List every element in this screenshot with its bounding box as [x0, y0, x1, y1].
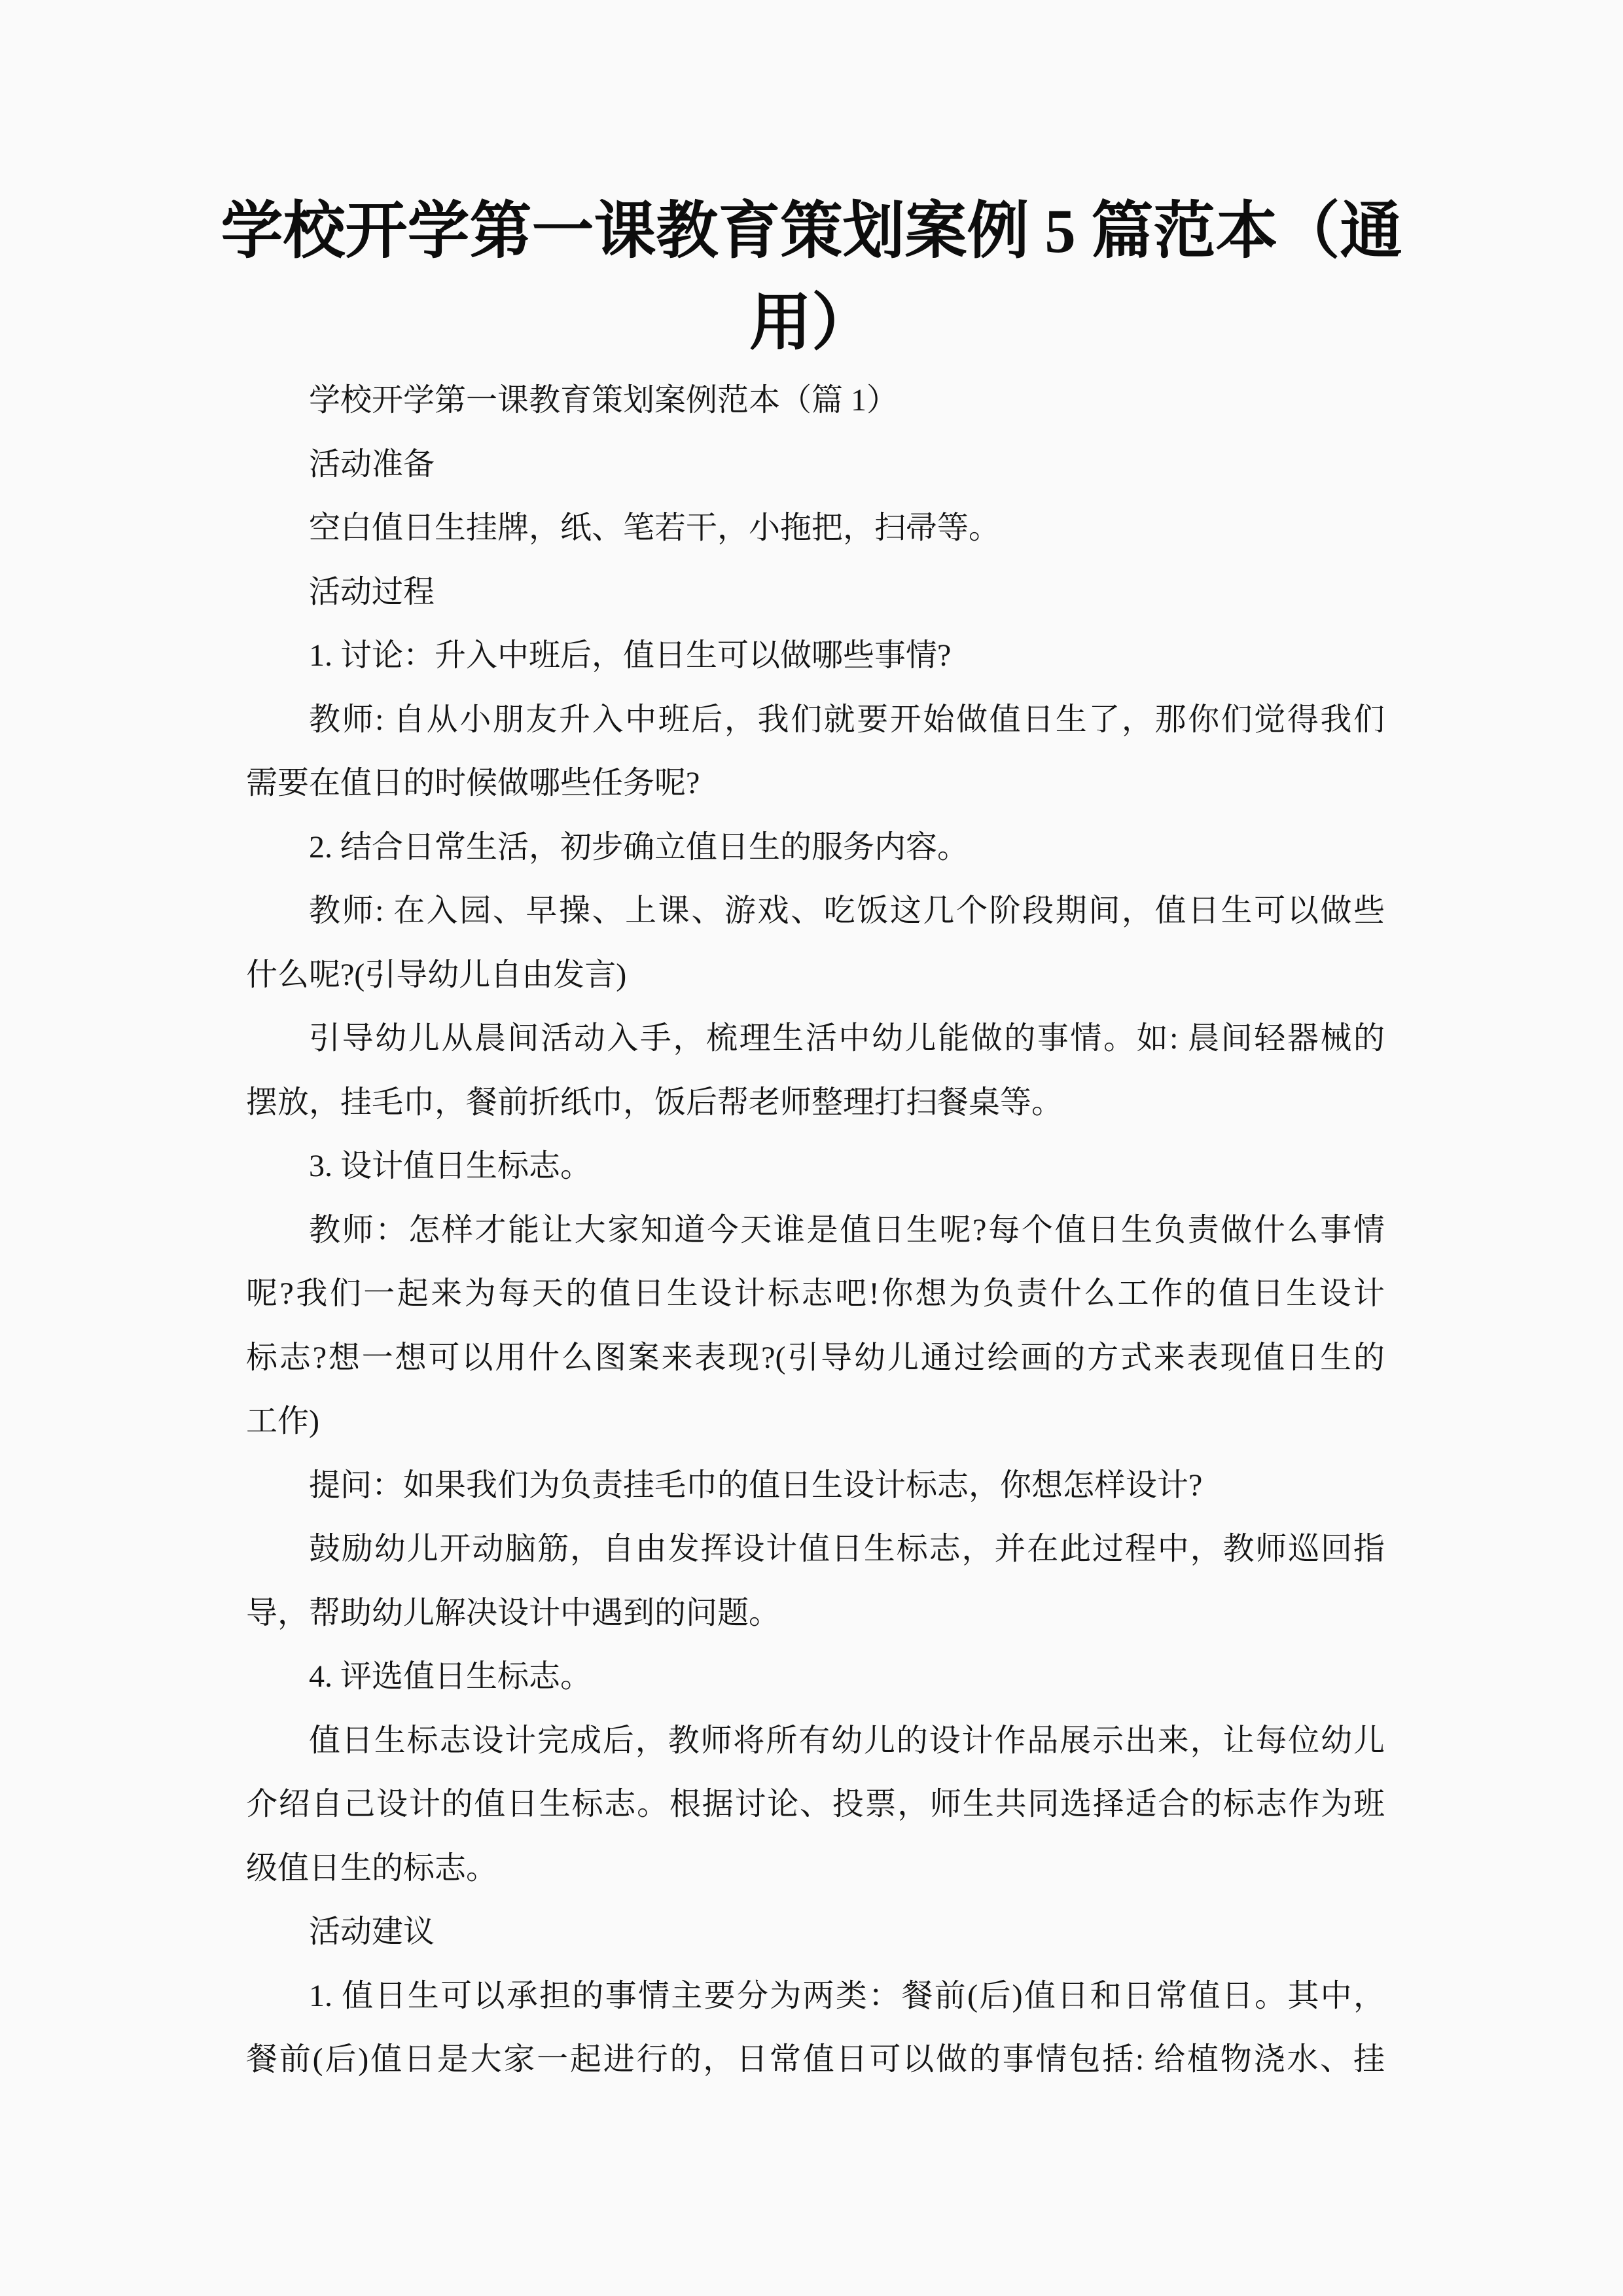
paragraph: 活动准备 [246, 433, 1385, 497]
paragraph-line: 餐前(后)值日是大家一起进行的，日常值日可以做的事情包括: 给植物浇水、挂 [246, 2028, 1385, 2092]
paragraph-line: 4. 评选值日生标志。 [246, 1645, 1385, 1709]
paragraph: 教师：怎样才能让大家知道今天谁是值日生呢?每个值日生负责做什么事情呢?我们一起来… [246, 1198, 1385, 1454]
paragraph-line: 1. 讨论：升入中班后，值日生可以做哪些事情? [246, 624, 1385, 688]
document-title: 学校开学第一课教育策划案例 5 篇范本（通用） [111, 185, 1512, 368]
paragraph-line: 标志?想一想可以用什么图案来表现?(引导幼儿通过绘画的方式来表现值日生的 [246, 1326, 1385, 1390]
paragraph-line: 学校开学第一课教育策划案例范本（篇 1） [246, 368, 1385, 433]
paragraph-line: 活动准备 [246, 433, 1385, 497]
title-line: 用） [111, 277, 1512, 368]
paragraph-line: 提问：如果我们为负责挂毛巾的值日生设计标志，你想怎样设计? [246, 1454, 1385, 1518]
paragraph-line: 1. 值日生可以承担的事情主要分为两类：餐前(后)值日和日常值日。其中， [246, 1964, 1385, 2028]
paragraph: 1. 值日生可以承担的事情主要分为两类：餐前(后)值日和日常值日。其中，餐前(后… [246, 1964, 1385, 2092]
paragraph-line: 3. 设计值日生标志。 [246, 1134, 1385, 1198]
title-line: 学校开学第一课教育策划案例 5 篇范本（通 [111, 185, 1512, 277]
paragraph-line: 工作) [246, 1390, 1385, 1454]
paragraph-line: 教师：怎样才能让大家知道今天谁是值日生呢?每个值日生负责做什么事情 [246, 1198, 1385, 1263]
paragraph: 2. 结合日常生活，初步确立值日生的服务内容。 [246, 816, 1385, 880]
paragraph-line: 空白值日生挂牌，纸、笔若干，小拖把，扫帚等。 [246, 496, 1385, 560]
paragraph: 学校开学第一课教育策划案例范本（篇 1） [246, 368, 1385, 433]
document-page: 学校开学第一课教育策划案例 5 篇范本（通用） 学校开学第一课教育策划案例范本（… [0, 0, 1623, 2296]
document-body: 学校开学第一课教育策划案例范本（篇 1）活动准备空白值日生挂牌，纸、笔若干，小拖… [246, 368, 1385, 2092]
paragraph: 提问：如果我们为负责挂毛巾的值日生设计标志，你想怎样设计? [246, 1454, 1385, 1518]
paragraph-line: 教师: 在入园、早操、上课、游戏、吃饭这几个阶段期间，值日生可以做些 [246, 879, 1385, 943]
paragraph-line: 活动建议 [246, 1900, 1385, 1964]
paragraph-line: 什么呢?(引导幼儿自由发言) [246, 943, 1385, 1007]
paragraph: 空白值日生挂牌，纸、笔若干，小拖把，扫帚等。 [246, 496, 1385, 560]
paragraph-line: 摆放，挂毛巾，餐前折纸巾，饭后帮老师整理打扫餐桌等。 [246, 1071, 1385, 1135]
paragraph-line: 导，帮助幼儿解决设计中遇到的问题。 [246, 1581, 1385, 1645]
paragraph-line: 级值日生的标志。 [246, 1837, 1385, 1901]
paragraph-line: 教师: 自从小朋友升入中班后，我们就要开始做值日生了，那你们觉得我们 [246, 688, 1385, 752]
paragraph: 教师: 自从小朋友升入中班后，我们就要开始做值日生了，那你们觉得我们需要在值日的… [246, 688, 1385, 816]
paragraph: 4. 评选值日生标志。 [246, 1645, 1385, 1709]
paragraph: 教师: 在入园、早操、上课、游戏、吃饭这几个阶段期间，值日生可以做些什么呢?(引… [246, 879, 1385, 1007]
paragraph: 鼓励幼儿开动脑筋，自由发挥设计值日生标志，并在此过程中，教师巡回指导，帮助幼儿解… [246, 1517, 1385, 1645]
paragraph: 值日生标志设计完成后，教师将所有幼儿的设计作品展示出来，让每位幼儿介绍自己设计的… [246, 1709, 1385, 1901]
paragraph: 1. 讨论：升入中班后，值日生可以做哪些事情? [246, 624, 1385, 688]
paragraph-line: 引导幼儿从晨间活动入手，梳理生活中幼儿能做的事情。如: 晨间轻器械的 [246, 1007, 1385, 1071]
paragraph-line: 2. 结合日常生活，初步确立值日生的服务内容。 [246, 816, 1385, 880]
paragraph-line: 活动过程 [246, 560, 1385, 624]
paragraph: 活动过程 [246, 560, 1385, 624]
paragraph-line: 介绍自己设计的值日生标志。根据讨论、投票，师生共同选择适合的标志作为班 [246, 1772, 1385, 1837]
paragraph-line: 需要在值日的时候做哪些任务呢? [246, 751, 1385, 816]
paragraph-line: 鼓励幼儿开动脑筋，自由发挥设计值日生标志，并在此过程中，教师巡回指 [246, 1517, 1385, 1581]
paragraph-line: 值日生标志设计完成后，教师将所有幼儿的设计作品展示出来，让每位幼儿 [246, 1709, 1385, 1773]
paragraph: 活动建议 [246, 1900, 1385, 1964]
paragraph-line: 呢?我们一起来为每天的值日生设计标志吧!你想为负责什么工作的值日生设计 [246, 1262, 1385, 1326]
paragraph: 3. 设计值日生标志。 [246, 1134, 1385, 1198]
paragraph: 引导幼儿从晨间活动入手，梳理生活中幼儿能做的事情。如: 晨间轻器械的摆放，挂毛巾… [246, 1007, 1385, 1134]
